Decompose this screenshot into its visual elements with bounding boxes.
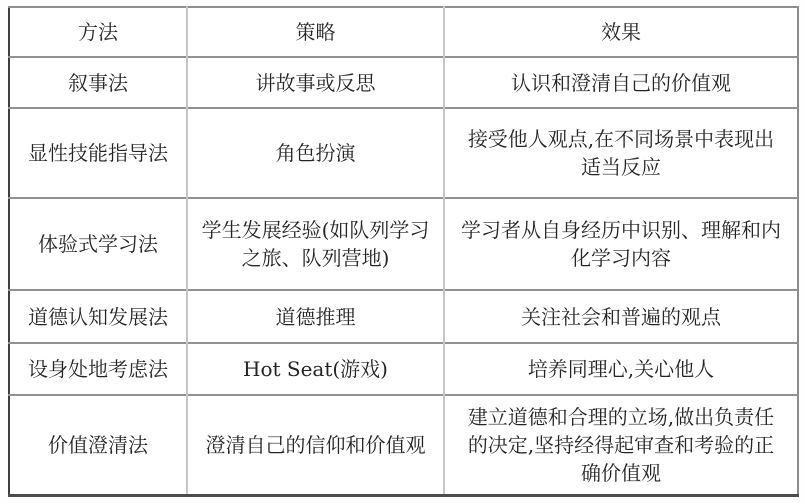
cell-strategy: Hot Seat(游戏) bbox=[187, 343, 444, 395]
table-row: 叙事法 讲故事或反思 认识和澄清自己的价值观 bbox=[9, 57, 798, 108]
cell-effect: 关注社会和普遍的观点 bbox=[444, 290, 798, 343]
table-row: 价值澄清法 澄清自己的信仰和价值观 建立道德和合理的立场,做出负责任的决定,坚持… bbox=[9, 395, 798, 495]
table-row: 显性技能指导法 角色扮演 接受他人观点,在不同场景中表现出适当反应 bbox=[9, 108, 798, 198]
cell-effect: 学习者从自身经历中识别、理解和内化学习内容 bbox=[444, 198, 798, 290]
cell-method: 价值澄清法 bbox=[9, 395, 187, 495]
cell-strategy: 道德推理 bbox=[187, 290, 444, 343]
column-header-strategy: 策略 bbox=[187, 7, 444, 57]
cell-strategy: 学生发展经验(如队列学习之旅、队列营地) bbox=[187, 198, 444, 290]
table-row: 道德认知发展法 道德推理 关注社会和普遍的观点 bbox=[9, 290, 798, 343]
cell-method: 道德认知发展法 bbox=[9, 290, 187, 343]
cell-effect: 培养同理心,关心他人 bbox=[444, 343, 798, 395]
cell-method: 体验式学习法 bbox=[9, 198, 187, 290]
column-header-effect: 效果 bbox=[444, 7, 798, 57]
table-row: 设身处地考虑法 Hot Seat(游戏) 培养同理心,关心他人 bbox=[9, 343, 798, 395]
cell-effect: 认识和澄清自己的价值观 bbox=[444, 57, 798, 108]
cell-effect: 建立道德和合理的立场,做出负责任的决定,坚持经得起审查和考验的正确价值观 bbox=[444, 395, 798, 495]
cell-strategy: 澄清自己的信仰和价值观 bbox=[187, 395, 444, 495]
table-row: 体验式学习法 学生发展经验(如队列学习之旅、队列营地) 学习者从自身经历中识别、… bbox=[9, 198, 798, 290]
cell-strategy: 角色扮演 bbox=[187, 108, 444, 198]
header-row: 方法 策略 效果 bbox=[9, 7, 798, 57]
methods-strategies-effects-table: 方法 策略 效果 叙事法 讲故事或反思 认识和澄清自己的价值观 显性技能指导法 … bbox=[8, 6, 799, 497]
cell-method: 设身处地考虑法 bbox=[9, 343, 187, 395]
cell-method: 显性技能指导法 bbox=[9, 108, 187, 198]
cell-method: 叙事法 bbox=[9, 57, 187, 108]
scanned-table-region: 方法 策略 效果 叙事法 讲故事或反思 认识和澄清自己的价值观 显性技能指导法 … bbox=[8, 6, 799, 497]
cell-effect: 接受他人观点,在不同场景中表现出适当反应 bbox=[444, 108, 798, 198]
cell-strategy: 讲故事或反思 bbox=[187, 57, 444, 108]
column-header-method: 方法 bbox=[9, 7, 187, 57]
